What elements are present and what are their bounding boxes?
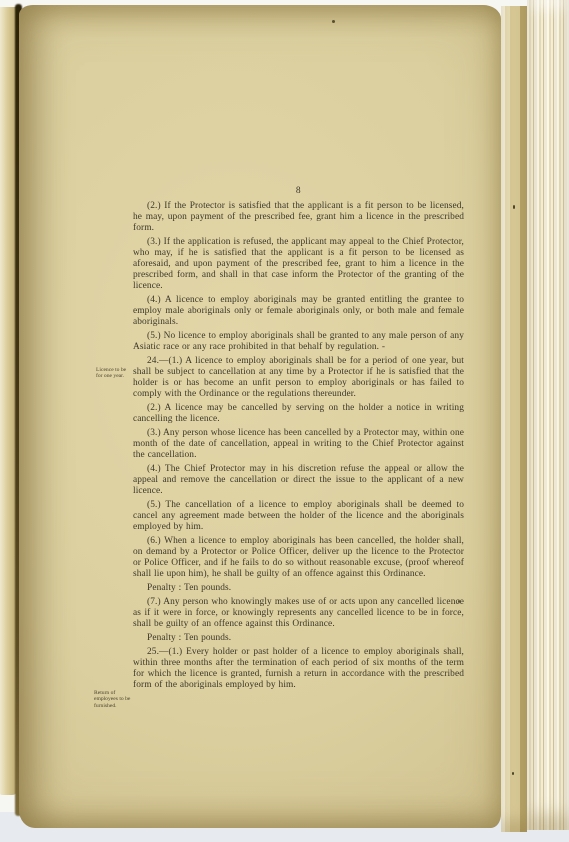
- body-paragraph: (2.) If the Protector is satisfied that …: [133, 201, 464, 234]
- penalty-line: Penalty : Ten pounds.: [133, 583, 464, 594]
- paper-speck: [458, 600, 460, 603]
- paper-speck: [513, 205, 515, 209]
- margin-note-licence-period: Licence to be for one year.: [96, 367, 134, 380]
- text-column: (2.) If the Protector is satisfied that …: [133, 201, 464, 694]
- body-paragraph: (4.) A licence to employ aboriginals may…: [133, 295, 464, 328]
- body-paragraph: (5.) The cancellation of a licence to em…: [133, 500, 464, 533]
- book-page-edges: [527, 0, 569, 830]
- body-paragraph: (3.) Any person whose licence has been c…: [133, 428, 464, 461]
- page-fore-edge: [501, 6, 527, 832]
- page-number: 8: [133, 186, 464, 196]
- scanned-book-photo: 8 Licence to be for one year. Return of …: [0, 0, 569, 842]
- body-paragraph: (5.) No licence to employ aboriginals sh…: [133, 331, 464, 353]
- body-paragraph: (7.) Any person who knowingly makes use …: [133, 597, 464, 630]
- body-paragraph: 24.—(1.) A licence to employ aboriginals…: [133, 356, 464, 400]
- paper-speck: [332, 20, 335, 23]
- body-paragraph: (6.) When a licence to employ aboriginal…: [133, 536, 464, 580]
- paper-speck: [512, 772, 514, 775]
- penalty-line: Penalty : Ten pounds.: [133, 633, 464, 644]
- body-paragraph: (3.) If the application is refused, the …: [133, 237, 464, 292]
- body-paragraph: (2.) A licence may be cancelled by servi…: [133, 403, 464, 425]
- body-paragraph: (4.) The Chief Protector may in his disc…: [133, 464, 464, 497]
- margin-note-return-of-employees: Return of employees to be furnished.: [94, 690, 132, 709]
- body-paragraph: 25.—(1.) Every holder or past holder of …: [133, 647, 464, 691]
